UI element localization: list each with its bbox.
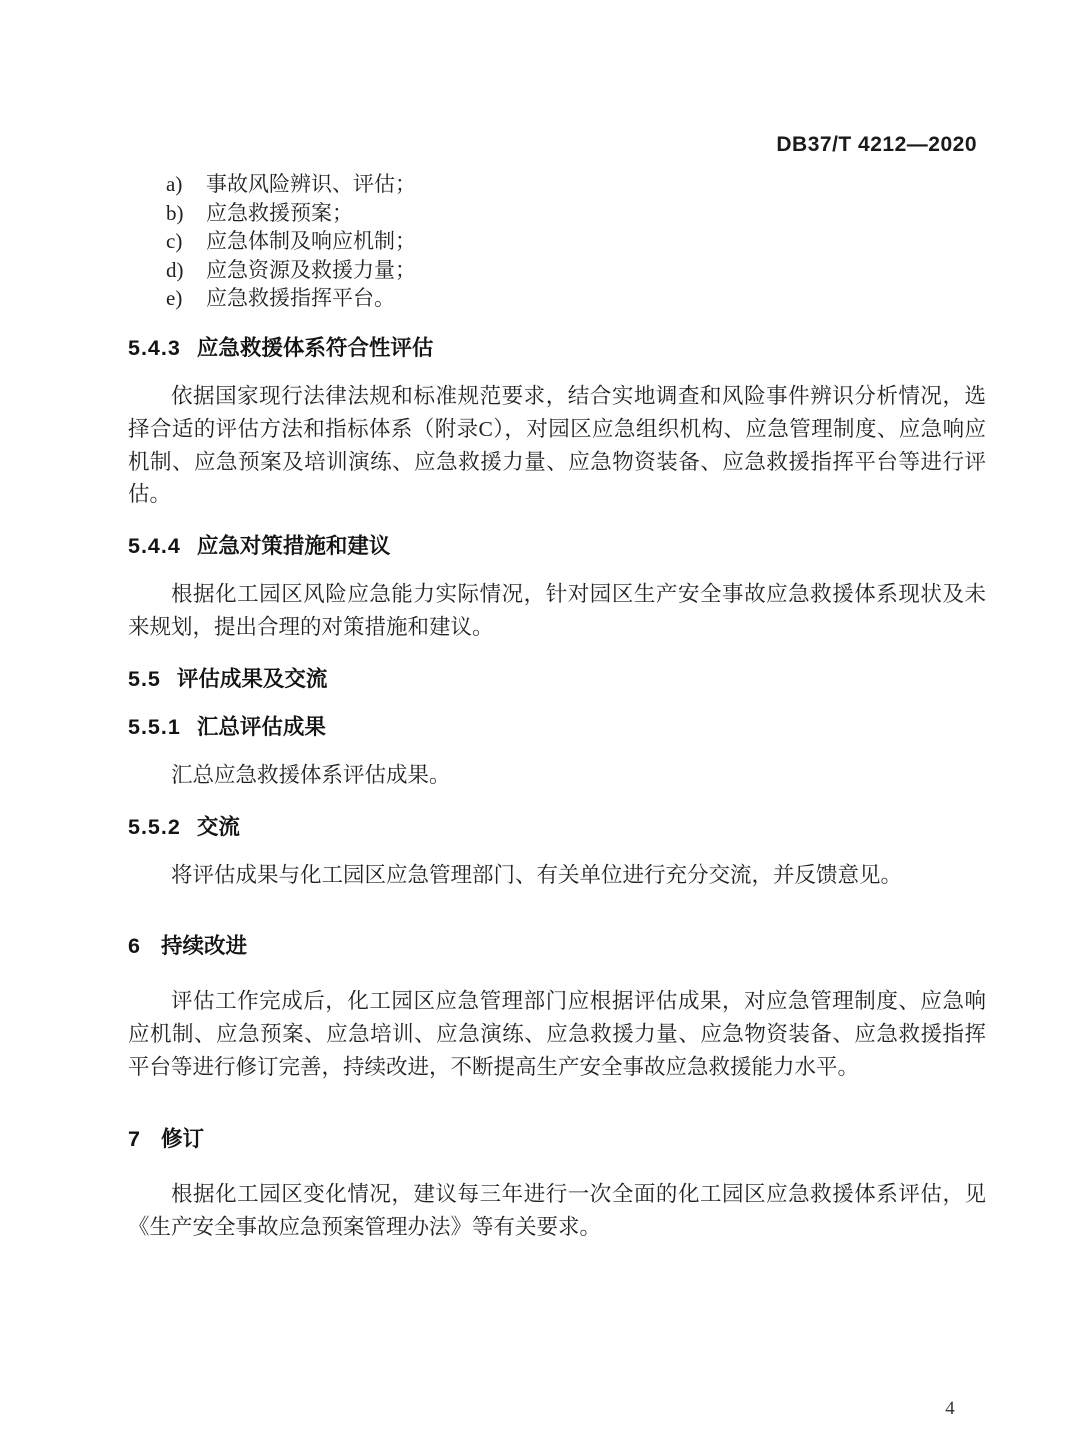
section-number: 7 (128, 1126, 141, 1152)
section-title: 汇总评估成果 (197, 715, 326, 739)
section-number: 5.4.4 (128, 533, 181, 559)
section-5-5-1: 5.5.1汇总评估成果 汇总应急救援体系评估成果。 (128, 714, 986, 792)
section-title: 应急对策措施和建议 (197, 534, 391, 558)
section-5-4-3: 5.4.3应急救援体系符合性评估 依据国家现行法律法规和标准规范要求，结合实地调… (128, 335, 986, 511)
section-heading: 5.5.2交流 (128, 814, 986, 840)
paragraph: 根据化工园区变化情况，建议每三年进行一次全面的化工园区应急救援体系评估，见《生产… (128, 1178, 986, 1244)
lettered-list: a) 事故风险辨识、评估； b) 应急救援预案； c) 应急体制及响应机制； d… (128, 170, 986, 313)
list-item-marker: c) (166, 227, 206, 256)
section-5-5-2: 5.5.2交流 将评估成果与化工园区应急管理部门、有关单位进行充分交流，并反馈意… (128, 814, 986, 892)
page-number: 4 (0, 1398, 1080, 1420)
section-heading: 5.4.3应急救援体系符合性评估 (128, 335, 986, 361)
list-item: e) 应急救援指挥平台。 (128, 284, 986, 313)
document-page: DB37/T 4212—2020 a) 事故风险辨识、评估； b) 应急救援预案… (0, 0, 1080, 1439)
section-5-4-4: 5.4.4应急对策措施和建议 根据化工园区风险应急能力实际情况，针对园区生产安全… (128, 533, 986, 644)
section-7: 7修订 根据化工园区变化情况，建议每三年进行一次全面的化工园区应急救援体系评估，… (128, 1126, 986, 1244)
list-item-marker: a) (166, 170, 206, 199)
list-item: c) 应急体制及响应机制； (128, 227, 986, 256)
section-number: 5.5 (128, 666, 161, 692)
section-number: 6 (128, 933, 141, 959)
section-title: 持续改进 (161, 934, 247, 958)
section-title: 交流 (197, 815, 240, 839)
section-title: 评估成果及交流 (177, 667, 328, 691)
section-number: 5.5.2 (128, 814, 181, 840)
list-item-text: 应急资源及救援力量； (206, 256, 986, 285)
section-heading: 5.5评估成果及交流 (128, 666, 986, 692)
section-heading: 5.5.1汇总评估成果 (128, 714, 986, 740)
section-title: 修订 (161, 1127, 204, 1151)
section-6: 6持续改进 评估工作完成后，化工园区应急管理部门应根据评估成果，对应急管理制度、… (128, 933, 986, 1083)
list-item-text: 应急救援预案； (206, 199, 986, 228)
list-item-text: 事故风险辨识、评估； (206, 170, 986, 199)
list-item-text: 应急体制及响应机制； (206, 227, 986, 256)
paragraph: 评估工作完成后，化工园区应急管理部门应根据评估成果，对应急管理制度、应急响应机制… (128, 985, 986, 1083)
list-item: a) 事故风险辨识、评估； (128, 170, 986, 199)
section-number: 5.4.3 (128, 335, 181, 361)
document-header: DB37/T 4212—2020 (776, 133, 977, 157)
list-item-text: 应急救援指挥平台。 (206, 284, 986, 313)
section-heading: 6持续改进 (128, 933, 986, 959)
paragraph: 将评估成果与化工园区应急管理部门、有关单位进行充分交流，并反馈意见。 (128, 859, 986, 892)
list-item-marker: d) (166, 256, 206, 285)
document-content: a) 事故风险辨识、评估； b) 应急救援预案； c) 应急体制及响应机制； d… (128, 170, 986, 1251)
list-item-marker: b) (166, 199, 206, 228)
section-heading: 5.4.4应急对策措施和建议 (128, 533, 986, 559)
section-heading: 7修订 (128, 1126, 986, 1152)
section-5-5: 5.5评估成果及交流 (128, 666, 986, 692)
list-item: b) 应急救援预案； (128, 199, 986, 228)
standard-number: DB37/T 4212—2020 (776, 133, 977, 156)
list-item: d) 应急资源及救援力量； (128, 256, 986, 285)
section-number: 5.5.1 (128, 714, 181, 740)
paragraph: 汇总应急救援体系评估成果。 (128, 759, 986, 792)
list-item-marker: e) (166, 284, 206, 313)
paragraph: 根据化工园区风险应急能力实际情况，针对园区生产安全事故应急救援体系现状及未来规划… (128, 578, 986, 644)
section-title: 应急救援体系符合性评估 (197, 336, 434, 360)
paragraph: 依据国家现行法律法规和标准规范要求，结合实地调查和风险事件辨识分析情况，选择合适… (128, 380, 986, 511)
